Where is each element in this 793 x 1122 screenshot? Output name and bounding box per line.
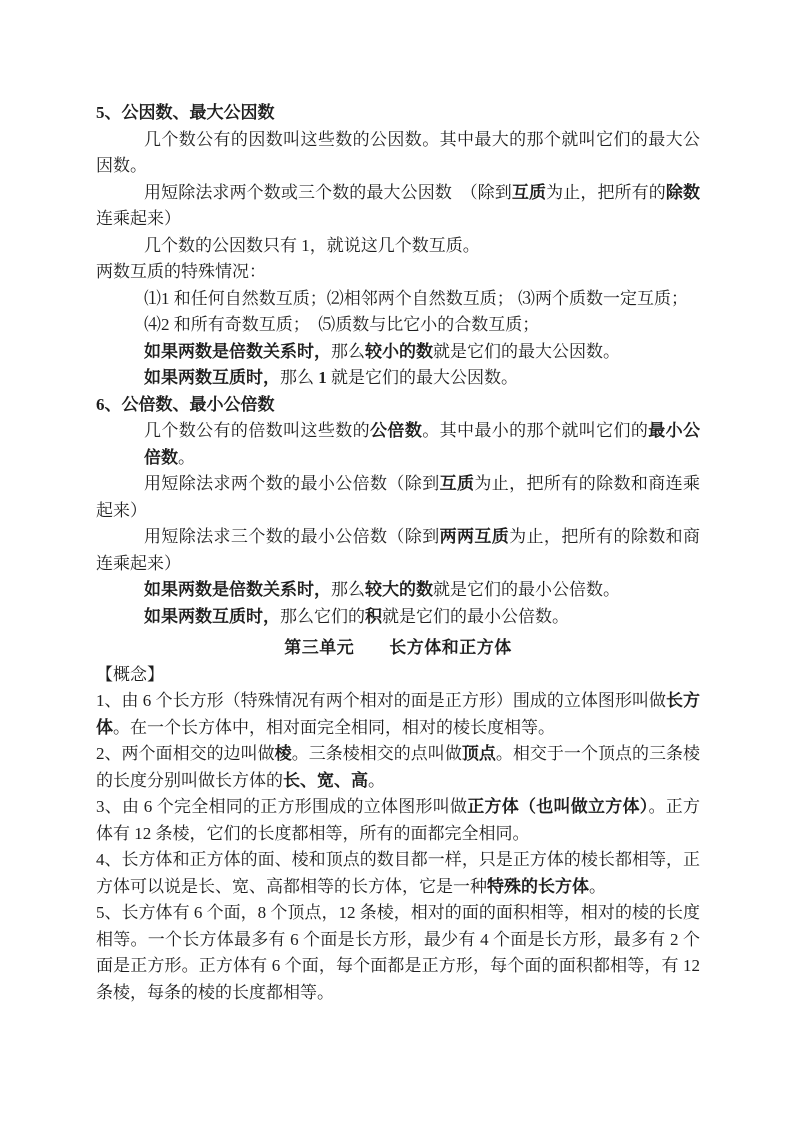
text-run: 2、两个面相交的边叫做 [96,744,275,763]
text-run: 【概念】 [96,665,164,684]
bold-text-run: 互质 [440,474,475,493]
text-run: 用短除法求两个数的最小公倍数（除到 [144,474,440,493]
document-page: 5、公因数、最大公因数几个数公有的因数叫这些数的公因数。其中最大的那个就叫它们的… [0,0,793,1122]
text-run: 就是它们的最小公倍数。 [382,607,569,626]
text-run: 。 [368,771,385,790]
text-run: 4、长方体和正方体的面、棱和顶点的数目都一样，只是正方体的棱长都相等，正方体可以… [96,850,700,896]
text-run: 那么 [331,342,365,361]
text-run: 用短除法求两个数或三个数的最大公因数 （除到 [144,183,512,202]
text-run: 几个数公有的倍数叫这些数的 [144,421,370,440]
text-run: 两数互质的特殊情况： [96,262,266,281]
bold-text-run: 5、公因数、最大公因数 [96,103,275,122]
para-lcm-coprime-relation: 如果两数互质时，那么它们的积就是它们的最小公倍数。 [96,604,700,631]
text-run: 那么它们的 [280,607,365,626]
para-common-factor-definition: 几个数公有的因数叫这些数的公因数。其中最大的那个就叫它们的最大公因数。 [96,127,700,180]
para-coprime-definition: 几个数的公因数只有 1，就说这几个数互质。 [96,233,700,260]
text-run: 5、长方体有 6 个面，8 个顶点，12 条棱，相对的面的面积相等，相对的棱的长… [96,903,700,1002]
bold-text-run: 公倍数 [370,421,422,440]
bold-text-run: 如果两数是倍数关系时， [144,580,331,599]
text-run: 。其中最小的那个就叫它们的 [422,421,648,440]
bold-text-run: 积 [365,607,382,626]
para-concept-5-faces-edges-count: 5、长方体有 6 个面，8 个顶点，12 条棱，相对的面的面积相等，相对的棱的长… [96,900,700,1006]
bold-text-run: 棱 [275,744,292,763]
text-run: 1、由 6 个长方形（特殊情况有两个相对的面是正方形）围成的立体图形叫做 [96,691,666,710]
bold-text-run: 如果两数互质时， [144,368,280,387]
bold-text-run: 正方体（也叫做立方体） [467,797,648,816]
text-run: 。 [178,448,195,467]
text-run: 用短除法求三个数的最小公倍数（除到 [144,527,440,546]
para-lcm-multiple-relation: 如果两数是倍数关系时，那么较大的数就是它们的最小公倍数。 [96,577,700,604]
para-short-division-lcm-three: 用短除法求三个数的最小公倍数（除到两两互质为止，把所有的除数和商连乘起来） [96,524,700,577]
para-short-division-lcm-two: 用短除法求两个数的最小公倍数（除到互质为止，把所有的除数和商连乘起来） [96,471,700,524]
bold-text-run: 较小的数 [365,342,433,361]
para-coprime-special-cases-label: 两数互质的特殊情况： [96,259,700,286]
text-run: 几个数公有的因数叫这些数的公因数。其中最大的那个就叫它们的最大公因数。 [96,130,700,176]
bold-text-run: 长、宽、高 [283,771,368,790]
text-run: 。三条棱相交的点叫做 [292,744,462,763]
text-run: 3、由 6 个完全相同的正方形围成的立体图形叫做 [96,797,467,816]
bold-text-run: 如果两数互质时， [144,607,280,626]
text-run: 。在一个长方体中，相对面完全相同，相对的棱长度相等。 [113,718,555,737]
text-run: 就是它们的最大公因数。 [327,368,518,387]
section-heading-common-factors: 5、公因数、最大公因数 [96,100,700,127]
text-run: 连乘起来） [96,209,181,228]
text-run: 就是它们的最小公倍数。 [433,580,620,599]
text-run: 。 [589,877,606,896]
para-concept-1-cuboid: 1、由 6 个长方形（特殊情况有两个相对的面是正方形）围成的立体图形叫做长方体。… [96,688,700,741]
para-concept-3-cube: 3、由 6 个完全相同的正方形围成的立体图形叫做正方体（也叫做立方体）。正方体有… [96,794,700,847]
text-run: ⑷2 和所有奇数互质； ⑸质数与比它小的合数互质； [144,315,539,334]
bold-text-run: 6、公倍数、最小公倍数 [96,395,275,414]
para-common-multiple-definition: 几个数公有的倍数叫这些数的公倍数。其中最小的那个就叫它们的最小公倍数。 [96,418,700,471]
text-run: 就是它们的最大公因数。 [433,342,620,361]
para-concept-2-edges-vertices: 2、两个面相交的边叫做棱。三条棱相交的点叫做顶点。相交于一个顶点的三条棱的长度分… [96,741,700,794]
text-run: 几个数的公因数只有 1，就说这几个数互质。 [144,236,480,255]
bold-text-run: 两两互质 [440,527,510,546]
text-run: 那么 [280,368,318,387]
para-short-division-gcd: 用短除法求两个数或三个数的最大公因数 （除到互质为止，把所有的除数连乘起来） [96,180,700,233]
bold-text-run: 互质 [512,183,546,202]
para-concept-4-special-cuboid: 4、长方体和正方体的面、棱和顶点的数目都一样，只是正方体的棱长都相等，正方体可以… [96,847,700,900]
para-gcd-multiple-relation: 如果两数是倍数关系时，那么较小的数就是它们的最大公因数。 [96,339,700,366]
para-coprime-cases-4-5: ⑷2 和所有奇数互质； ⑸质数与比它小的合数互质； [96,312,700,339]
text-run: 为止，把所有的 [546,183,666,202]
bold-text-run: 较大的数 [365,580,433,599]
bold-text-run: 除数 [666,183,700,202]
unit-title: 第三单元 长方体和正方体 [96,635,700,662]
para-gcd-coprime-relation: 如果两数互质时，那么 1 就是它们的最大公因数。 [96,365,700,392]
concept-label: 【概念】 [96,662,700,689]
bold-text-run: 特殊的长方体 [487,877,589,896]
para-coprime-cases-1-3: ⑴1 和任何自然数互质；⑵相邻两个自然数互质； ⑶两个质数一定互质； [96,286,700,313]
bold-text-run: 1 [318,368,327,387]
bold-text-run: 如果两数是倍数关系时， [144,342,331,361]
bold-text-run: 顶点 [462,744,496,763]
section-heading-common-multiples: 6、公倍数、最小公倍数 [96,392,700,419]
text-run: 那么 [331,580,365,599]
bold-text-run: 第三单元 长方体和正方体 [284,638,512,657]
text-run: ⑴1 和任何自然数互质；⑵相邻两个自然数互质； ⑶两个质数一定互质； [144,289,688,308]
document-body: 5、公因数、最大公因数几个数公有的因数叫这些数的公因数。其中最大的那个就叫它们的… [96,100,700,1006]
